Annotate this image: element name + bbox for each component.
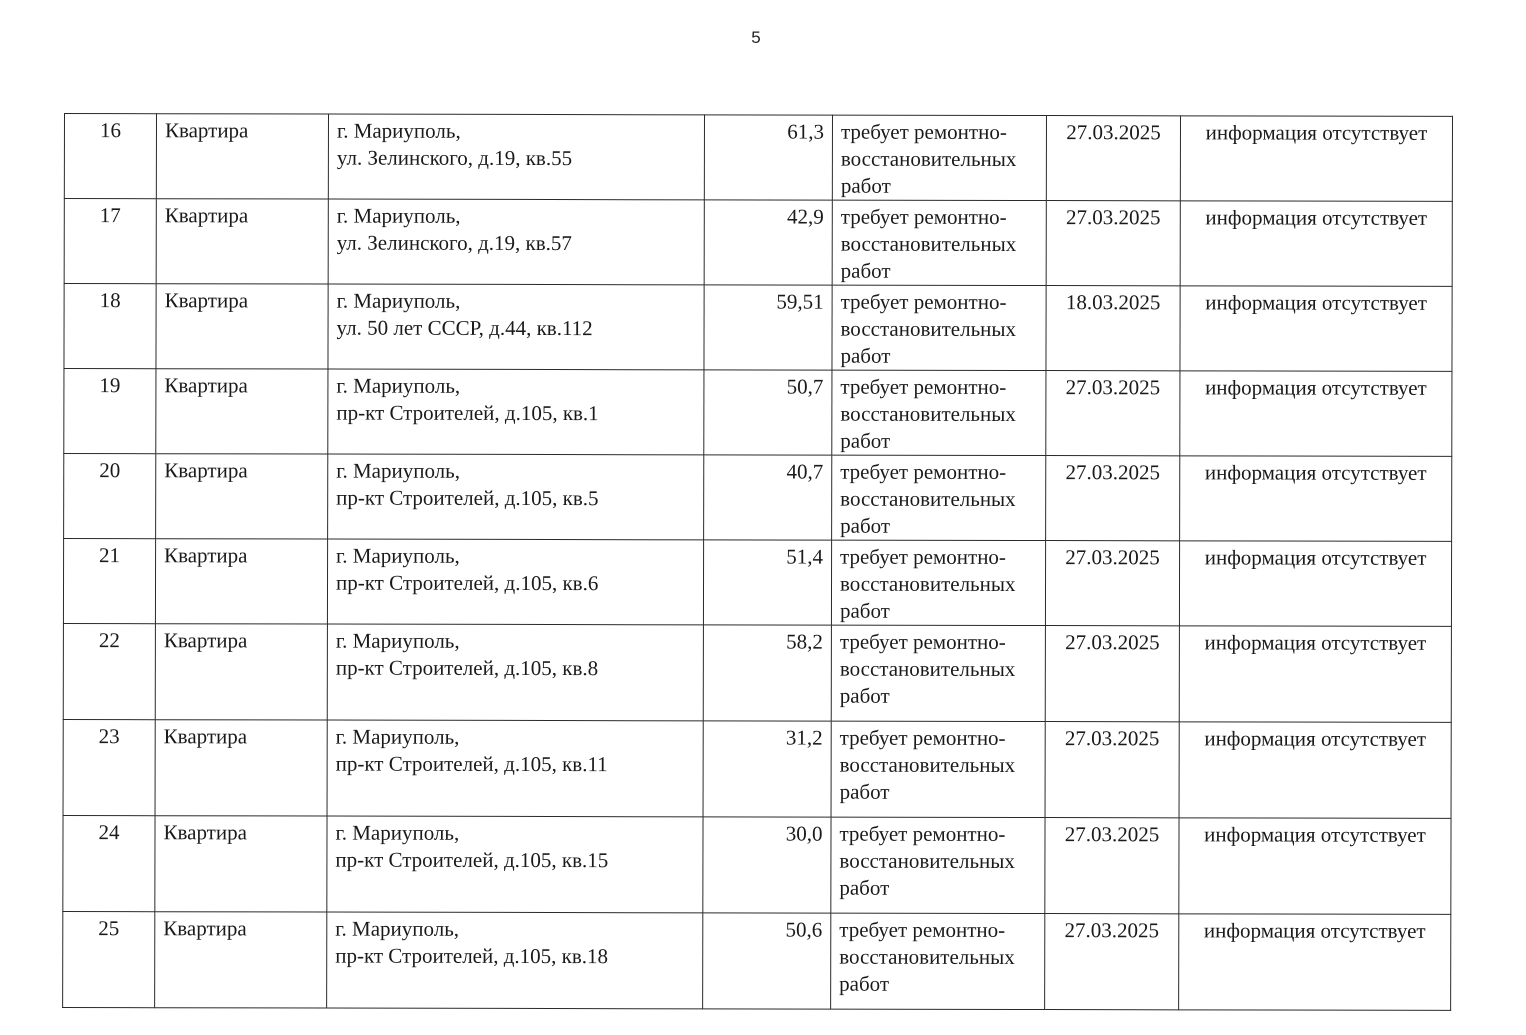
condition-line-1: требует ремонтно- <box>841 119 1038 146</box>
condition-cell: требует ремонтно- восстановительных рабо… <box>832 285 1046 370</box>
condition-line-2: восстановительных <box>840 656 1037 683</box>
owner-info: информация отсутствует <box>1204 726 1426 750</box>
condition-line-3: работ <box>841 258 1038 285</box>
condition-line-3: работ <box>840 779 1037 806</box>
property-type-cell: Квартира <box>156 199 328 284</box>
date-cell: 27.03.2025 <box>1045 541 1179 626</box>
address-street: пр-кт Строителей, д.105, кв.5 <box>336 485 695 513</box>
owner-info: информация отсутствует <box>1206 120 1428 144</box>
info-cell: информация отсутствует <box>1179 818 1451 915</box>
table-row: 24 Квартира г. Мариуполь, пр-кт Строител… <box>63 815 1451 914</box>
property-type: Квартира <box>164 543 247 567</box>
condition-line-1: требует ремонтно- <box>840 544 1037 571</box>
row-number: 19 <box>99 373 120 397</box>
area-cell: 31,2 <box>703 721 831 817</box>
address-cell: г. Мариуполь, пр-кт Строителей, д.105, к… <box>327 720 703 817</box>
inspection-date: 27.03.2025 <box>1065 726 1160 750</box>
condition-line-3: работ <box>840 513 1037 540</box>
property-type-cell: Квартира <box>156 369 328 454</box>
condition-line-1: требует ремонтно- <box>840 725 1037 752</box>
owner-info: информация отсутствует <box>1205 205 1427 229</box>
property-type: Квартира <box>165 203 248 227</box>
property-type-cell: Квартира <box>156 284 328 369</box>
condition-line-2: восстановительных <box>840 571 1037 598</box>
row-number-cell: 24 <box>63 815 155 911</box>
info-cell: информация отсутствует <box>1180 371 1452 457</box>
condition-line-1: требует ремонтно- <box>840 629 1037 656</box>
row-number-cell: 19 <box>64 369 156 454</box>
address-cell: г. Мариуполь, пр-кт Строителей, д.105, к… <box>327 816 703 913</box>
owner-info: информация отсутствует <box>1205 545 1427 569</box>
inspection-date: 18.03.2025 <box>1066 290 1161 314</box>
area-value: 42,9 <box>787 205 824 229</box>
address-city: г. Мариуполь, <box>337 203 696 231</box>
owner-info: информация отсутствует <box>1204 822 1426 846</box>
info-cell: информация отсутствует <box>1180 116 1452 202</box>
condition-cell: требует ремонтно- восстановительных рабо… <box>831 540 1045 625</box>
table-row: 18 Квартира г. Мариуполь, ул. 50 лет ССС… <box>64 284 1452 372</box>
address-city: г. Мариуполь, <box>336 543 695 571</box>
address-cell: г. Мариуполь, пр-кт Строителей, д.105, к… <box>327 912 703 1009</box>
date-cell: 27.03.2025 <box>1046 201 1180 286</box>
property-type: Квартира <box>164 724 247 748</box>
property-type-cell: Квартира <box>155 624 327 720</box>
address-street: пр-кт Строителей, д.105, кв.11 <box>336 751 695 779</box>
owner-info: информация отсутствует <box>1205 290 1427 314</box>
area-value: 40,7 <box>786 460 823 484</box>
property-type-cell: Квартира <box>155 539 327 624</box>
owner-info: информация отсутствует <box>1205 630 1427 654</box>
row-number: 16 <box>100 118 121 142</box>
address-street: пр-кт Строителей, д.105, кв.8 <box>336 655 695 683</box>
table-row: 20 Квартира г. Мариуполь, пр-кт Строител… <box>64 454 1452 542</box>
row-number: 17 <box>100 203 121 227</box>
property-type: Квартира <box>164 373 247 397</box>
date-cell: 27.03.2025 <box>1046 116 1180 201</box>
property-type: Квартира <box>163 916 246 940</box>
condition-line-2: восстановительных <box>841 231 1038 258</box>
condition-line-1: требует ремонтно- <box>841 289 1038 316</box>
owner-info: информация отсутствует <box>1205 375 1427 399</box>
date-cell: 27.03.2025 <box>1045 914 1179 1010</box>
area-value: 31,2 <box>786 726 823 750</box>
condition-line-3: работ <box>840 343 1037 370</box>
row-number-cell: 22 <box>63 623 155 719</box>
info-cell: информация отсутствует <box>1180 456 1452 542</box>
condition-line-3: работ <box>840 683 1037 710</box>
property-type-cell: Квартира <box>155 912 327 1008</box>
row-number: 20 <box>99 458 120 482</box>
row-number: 24 <box>98 820 119 844</box>
row-number-cell: 21 <box>63 539 155 624</box>
condition-line-2: восстановительных <box>840 486 1037 513</box>
property-type: Квартира <box>165 288 248 312</box>
owner-info: информация отсутствует <box>1204 918 1426 942</box>
row-number: 21 <box>99 543 120 567</box>
area-value: 50,7 <box>787 375 824 399</box>
condition-line-2: восстановительных <box>840 752 1037 779</box>
table-row: 16 Квартира г. Мариуполь, ул. Зелинского… <box>64 114 1452 202</box>
area-cell: 59,51 <box>704 285 832 370</box>
table-row: 17 Квартира г. Мариуполь, ул. Зелинского… <box>64 199 1452 287</box>
condition-line-3: работ <box>839 875 1036 902</box>
address-city: г. Мариуполь, <box>336 373 695 401</box>
condition-line-1: требует ремонтно- <box>840 459 1037 486</box>
address-city: г. Мариуполь, <box>336 628 695 656</box>
area-value: 50,6 <box>786 918 823 942</box>
condition-line-2: восстановительных <box>840 401 1037 428</box>
address-street: ул. Зелинского, д.19, кв.55 <box>337 145 696 173</box>
address-city: г. Мариуполь, <box>337 118 696 146</box>
property-type-cell: Квартира <box>156 114 328 199</box>
table-row: 19 Квартира г. Мариуполь, пр-кт Строител… <box>64 369 1452 457</box>
condition-line-1: требует ремонтно- <box>839 821 1036 848</box>
table-row: 22 Квартира г. Мариуполь, пр-кт Строител… <box>63 623 1451 722</box>
property-type-cell: Квартира <box>155 720 327 816</box>
address-city: г. Мариуполь, <box>336 458 695 486</box>
property-type: Квартира <box>165 118 248 142</box>
area-cell: 51,4 <box>703 540 831 625</box>
inspection-date: 27.03.2025 <box>1066 120 1161 144</box>
info-cell: информация отсутствует <box>1179 541 1451 627</box>
property-type: Квартира <box>163 820 246 844</box>
condition-line-2: восстановительных <box>841 146 1038 173</box>
condition-line-2: восстановительных <box>839 944 1036 971</box>
info-cell: информация отсутствует <box>1179 722 1451 819</box>
area-value: 59,51 <box>776 289 823 313</box>
info-cell: информация отсутствует <box>1180 201 1452 287</box>
condition-cell: требует ремонтно- восстановительных рабо… <box>831 625 1045 721</box>
address-street: пр-кт Строителей, д.105, кв.18 <box>335 943 694 971</box>
area-cell: 42,9 <box>704 200 832 285</box>
address-street: пр-кт Строителей, д.105, кв.1 <box>336 400 695 428</box>
address-cell: г. Мариуполь, пр-кт Строителей, д.105, к… <box>327 624 703 721</box>
condition-cell: требует ремонтно- восстановительных рабо… <box>831 913 1045 1009</box>
address-street: ул. 50 лет СССР, д.44, кв.112 <box>337 315 696 343</box>
inspection-date: 27.03.2025 <box>1066 375 1161 399</box>
page-number: 5 <box>0 28 1512 48</box>
property-type-cell: Квартира <box>156 454 328 539</box>
inspection-date: 27.03.2025 <box>1065 918 1160 942</box>
address-cell: г. Мариуполь, ул. 50 лет СССР, д.44, кв.… <box>328 284 704 370</box>
row-number: 22 <box>99 628 120 652</box>
condition-cell: требует ремонтно- восстановительных рабо… <box>832 200 1046 285</box>
property-table-body: 16 Квартира г. Мариуполь, ул. Зелинского… <box>63 114 1453 1011</box>
condition-cell: требует ремонтно- восстановительных рабо… <box>831 721 1045 817</box>
info-cell: информация отсутствует <box>1179 914 1451 1011</box>
property-table: 16 Квартира г. Мариуполь, ул. Зелинского… <box>62 113 1453 1011</box>
condition-line-1: требует ремонтно- <box>841 204 1038 231</box>
row-number: 23 <box>99 724 120 748</box>
area-cell: 50,7 <box>704 370 832 455</box>
date-cell: 27.03.2025 <box>1046 371 1180 456</box>
inspection-date: 27.03.2025 <box>1066 205 1161 229</box>
address-city: г. Мариуполь, <box>337 288 696 316</box>
condition-line-1: требует ремонтно- <box>840 374 1037 401</box>
date-cell: 27.03.2025 <box>1045 722 1179 818</box>
condition-cell: требует ремонтно- восстановительных рабо… <box>831 817 1045 913</box>
row-number-cell: 20 <box>64 454 156 539</box>
property-type: Квартира <box>164 628 247 652</box>
date-cell: 18.03.2025 <box>1046 286 1180 371</box>
address-street: пр-кт Строителей, д.105, кв.6 <box>336 570 695 598</box>
address-cell: г. Мариуполь, пр-кт Строителей, д.105, к… <box>327 539 703 625</box>
row-number-cell: 16 <box>64 114 156 199</box>
row-number: 25 <box>98 916 119 940</box>
row-number-cell: 23 <box>63 719 155 815</box>
condition-line-3: работ <box>840 428 1037 455</box>
address-city: г. Мариуполь, <box>336 724 695 752</box>
area-value: 61,3 <box>787 120 824 144</box>
address-cell: г. Мариуполь, пр-кт Строителей, д.105, к… <box>328 454 704 540</box>
row-number: 18 <box>100 288 121 312</box>
info-cell: информация отсутствует <box>1180 286 1452 372</box>
address-street: пр-кт Строителей, д.105, кв.15 <box>335 847 694 875</box>
area-cell: 50,6 <box>703 913 831 1009</box>
address-city: г. Мариуполь, <box>335 820 694 848</box>
date-cell: 27.03.2025 <box>1046 456 1180 541</box>
condition-cell: требует ремонтно- восстановительных рабо… <box>832 115 1046 200</box>
date-cell: 27.03.2025 <box>1045 626 1179 722</box>
inspection-date: 27.03.2025 <box>1065 545 1160 569</box>
inspection-date: 27.03.2025 <box>1065 822 1160 846</box>
condition-line-3: работ <box>839 971 1036 998</box>
condition-line-3: работ <box>840 598 1037 625</box>
table-row: 23 Квартира г. Мариуполь, пр-кт Строител… <box>63 719 1451 818</box>
property-type: Квартира <box>164 458 247 482</box>
address-city: г. Мариуполь, <box>335 916 694 944</box>
area-cell: 40,7 <box>704 455 832 540</box>
condition-line-1: требует ремонтно- <box>839 917 1036 944</box>
table-row: 25 Квартира г. Мариуполь, пр-кт Строител… <box>63 911 1451 1010</box>
table-row: 21 Квартира г. Мариуполь, пр-кт Строител… <box>63 539 1451 627</box>
row-number-cell: 25 <box>63 911 155 1007</box>
info-cell: информация отсутствует <box>1179 626 1451 723</box>
property-type-cell: Квартира <box>155 816 327 912</box>
owner-info: информация отсутствует <box>1205 460 1427 484</box>
date-cell: 27.03.2025 <box>1045 818 1179 914</box>
inspection-date: 27.03.2025 <box>1065 460 1160 484</box>
inspection-date: 27.03.2025 <box>1065 630 1160 654</box>
area-cell: 61,3 <box>704 115 832 200</box>
area-value: 51,4 <box>786 545 823 569</box>
condition-line-2: восстановительных <box>841 316 1038 343</box>
row-number-cell: 17 <box>64 199 156 284</box>
area-value: 30,0 <box>786 822 823 846</box>
area-cell: 30,0 <box>703 817 831 913</box>
condition-cell: требует ремонтно- восстановительных рабо… <box>832 370 1046 455</box>
condition-cell: требует ремонтно- восстановительных рабо… <box>832 455 1046 540</box>
condition-line-2: восстановительных <box>839 848 1036 875</box>
area-value: 58,2 <box>786 630 823 654</box>
address-street: ул. Зелинского, д.19, кв.57 <box>337 230 696 258</box>
row-number-cell: 18 <box>64 284 156 369</box>
address-cell: г. Мариуполь, ул. Зелинского, д.19, кв.5… <box>328 114 704 200</box>
address-cell: г. Мариуполь, пр-кт Строителей, д.105, к… <box>328 369 704 455</box>
condition-line-3: работ <box>841 173 1038 200</box>
address-cell: г. Мариуполь, ул. Зелинского, д.19, кв.5… <box>328 199 704 285</box>
area-cell: 58,2 <box>703 625 831 721</box>
